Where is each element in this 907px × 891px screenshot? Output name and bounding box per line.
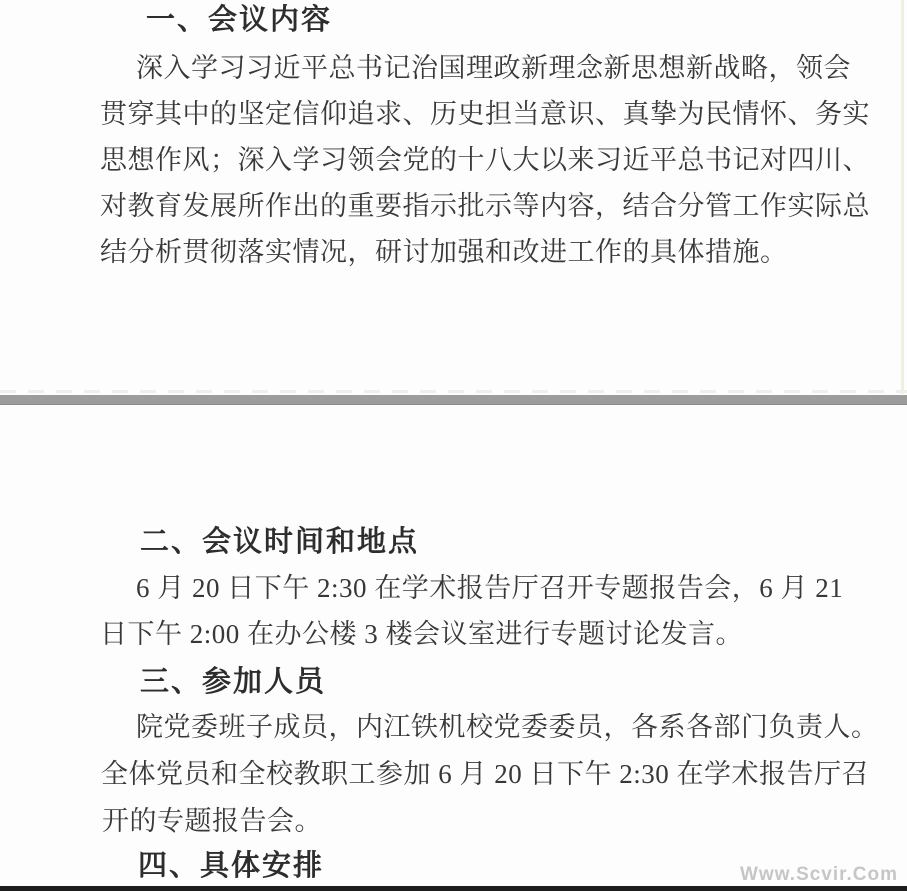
paragraph-line: 思想作风；深入学习领会党的十八大以来习近平总书记对四川、 [100, 143, 870, 178]
paragraph-line: 全体党员和全校教职工参加 6 月 20 日下午 2:30 在学术报告厅召 [101, 757, 869, 792]
paragraph-line: 贯穿其中的坚定信仰追求、历史担当意识、真挚为民情怀、务实 [100, 97, 870, 132]
section-heading-4: 四、具体安排 [138, 848, 324, 885]
paragraph-line: 院党委班子成员，内江铁机校党委委员，各系各部门负责人。 [136, 710, 879, 745]
section-heading-3: 三、参加人员 [140, 664, 326, 701]
section-heading-2: 二、会议时间和地点 [140, 524, 419, 561]
paragraph-line: 开的专题报告会。 [102, 804, 322, 839]
section-heading-1: 一、会议内容 [146, 2, 332, 39]
paragraph-line: 对教育发展所作出的重要指示批示等内容，结合分管工作实际总 [100, 189, 870, 224]
page-break-band [0, 395, 907, 405]
paragraph-line: 6 月 20 日下午 2:30 在学术报告厅召开专题报告会，6 月 21 [136, 571, 843, 606]
paragraph-line: 结分析贯彻落实情况，研讨加强和改进工作的具体措施。 [100, 235, 788, 270]
paragraph-line: 深入学习习近平总书记治国理政新理念新思想新战略，领会 [136, 51, 851, 86]
scan-noise-row [0, 390, 907, 393]
bottom-scan-bar [0, 886, 907, 891]
paragraph-line: 日下午 2:00 在办公楼 3 楼会议室进行专题讨论发言。 [100, 617, 743, 652]
page-edge-line [901, 0, 904, 394]
site-watermark: Www.Scvir.Com [740, 864, 898, 886]
scanned-document-page: 一、会议内容 深入学习习近平总书记治国理政新理念新思想新战略，领会 贯穿其中的坚… [0, 0, 907, 891]
